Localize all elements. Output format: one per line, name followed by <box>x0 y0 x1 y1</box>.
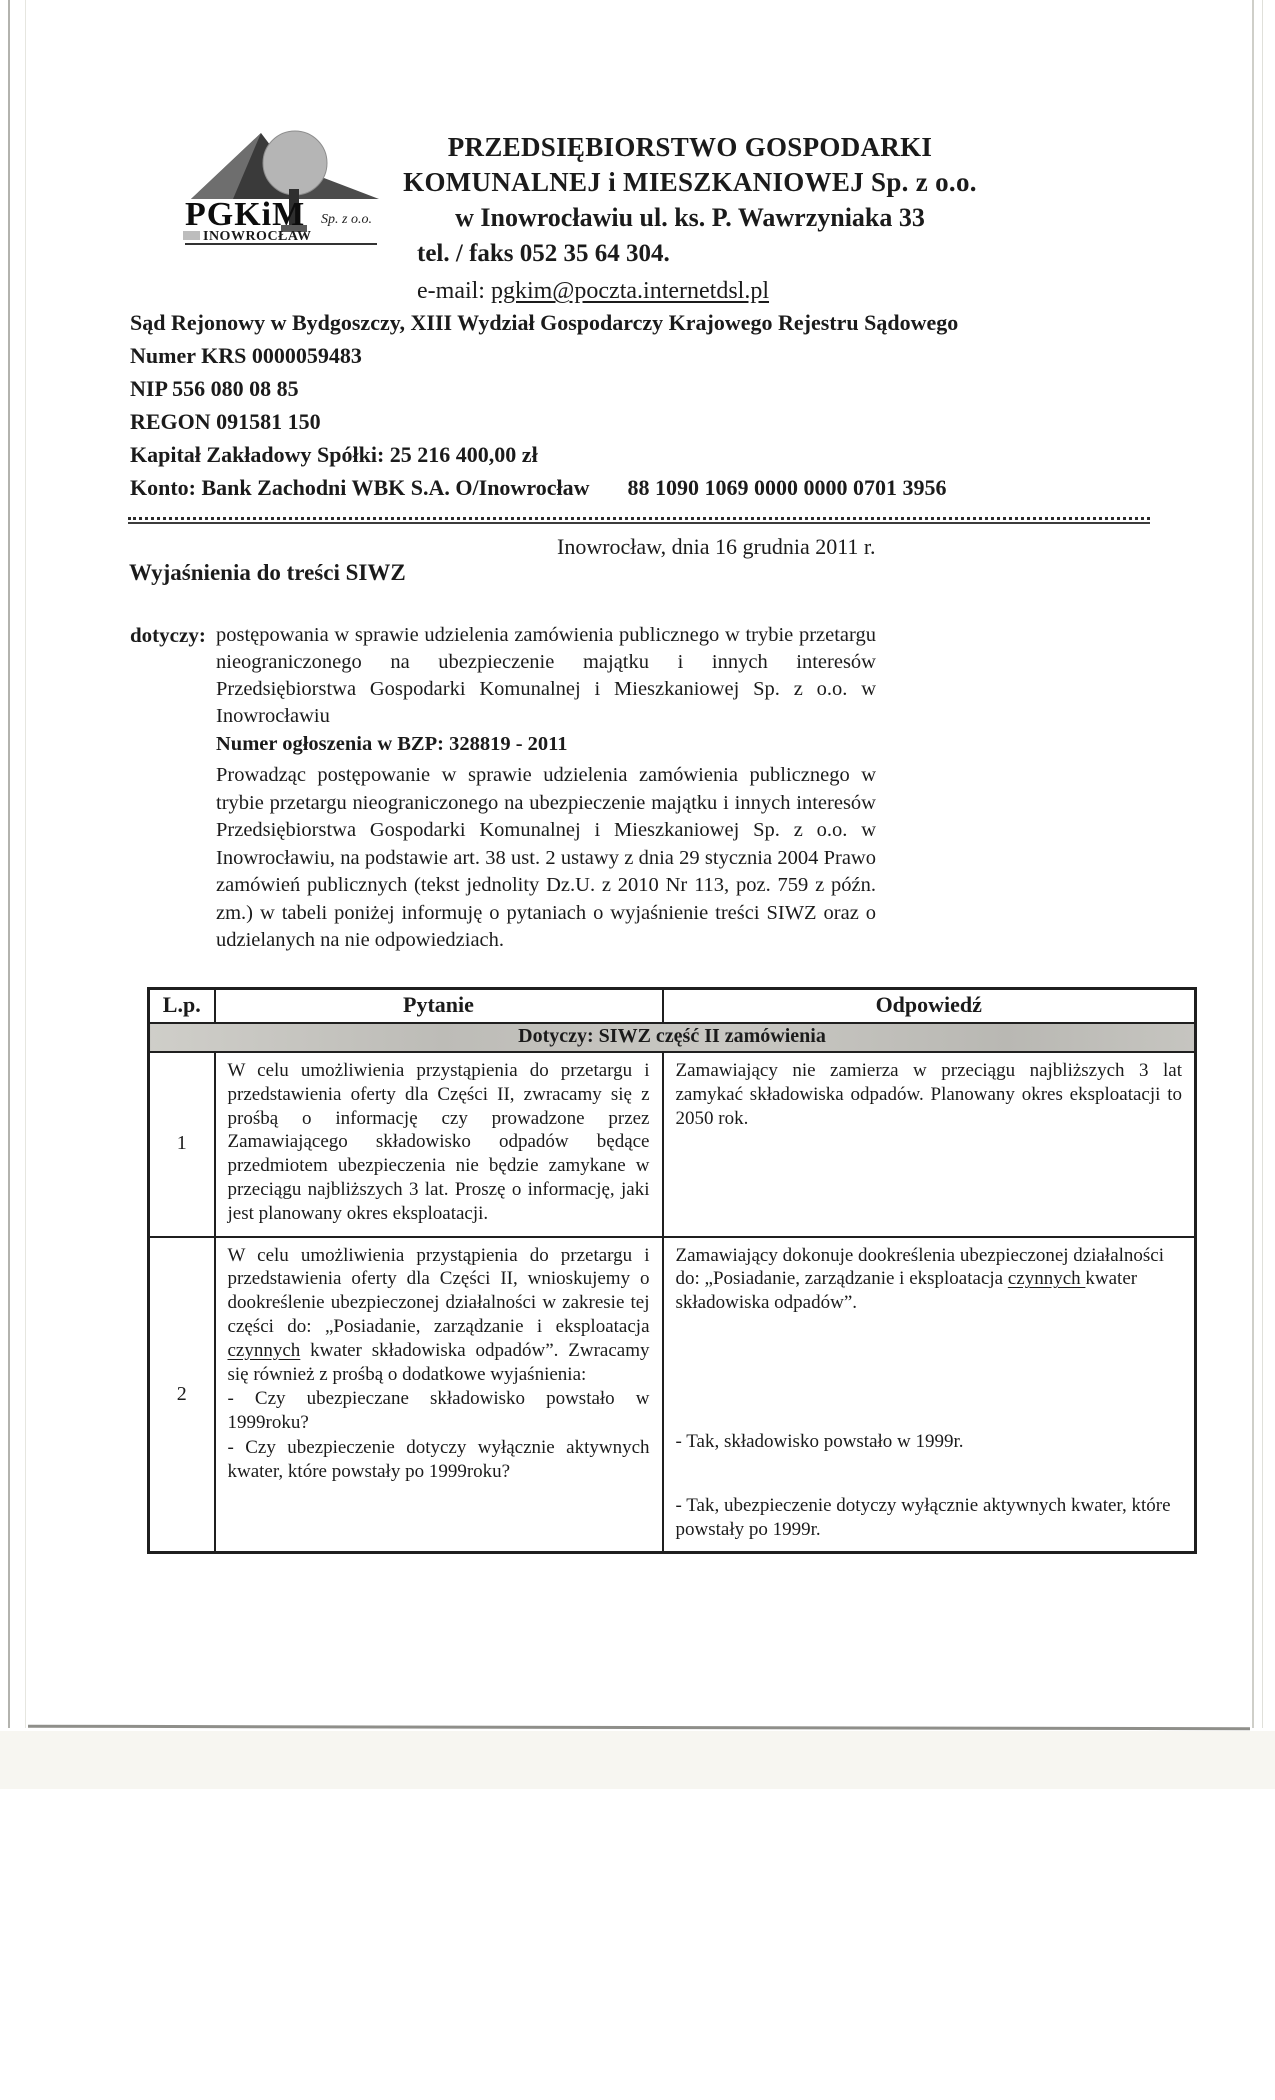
row2-question-items: - Czy ubezpieczane składowisko powstało … <box>228 1387 650 1483</box>
company-name-line-1: PRZEDSIĘBIORSTWO GOSPODARKI <box>355 130 1025 165</box>
logo-underline <box>185 243 377 245</box>
company-phone-line: tel. / faks 052 35 64 304. <box>355 236 1025 272</box>
qa-table: L.p. Pytanie Odpowiedź Dotyczy: SIWZ czę… <box>147 987 1197 1554</box>
logo-city: INOWROCŁAW <box>203 229 311 244</box>
logo-smudge <box>183 231 200 240</box>
letterhead: PRZEDSIĘBIORSTWO GOSPODARKI KOMUNALNEJ i… <box>355 130 1025 310</box>
row2-question-underlined-word: czynnych <box>228 1340 301 1361</box>
date-line: Inowrocław, dnia 16 grudnia 2011 r. <box>557 534 876 560</box>
scan-edge-right-faint <box>1262 0 1263 1728</box>
scan-edge-right <box>1252 0 1254 1728</box>
scan-edge-left <box>8 0 10 1728</box>
account-label: Konto: Bank Zachodni WBK S.A. O/Inowrocł… <box>130 475 589 500</box>
subject-block: dotyczy: postępowania w sprawie udzielen… <box>130 622 900 758</box>
dotted-separator <box>128 517 1150 524</box>
company-name-line-2: KOMUNALNEJ i MIESZKANIOWEJ Sp. z o.o. <box>355 165 1025 200</box>
row2-answer-item-1: - Tak, składowisko powstało w 1999r. <box>676 1430 1183 1454</box>
row1-answer: Zamawiający nie zamierza w przeciągu naj… <box>663 1052 1196 1237</box>
email-address: pgkim@poczta.internetdsl.pl <box>491 278 769 304</box>
row2-question: W celu umożliwienia przystąpienia do prz… <box>215 1237 663 1553</box>
email-label: e-mail: <box>417 278 491 304</box>
intro-paragraph: Prowadząc postępowanie w sprawie udziele… <box>216 762 876 955</box>
company-registry-block: Sąd Rejonowy w Bydgoszczy, XIII Wydział … <box>130 306 1145 504</box>
qa-table-wrapper: L.p. Pytanie Odpowiedź Dotyczy: SIWZ czę… <box>147 987 1197 1554</box>
row2-question-before: W celu umożliwienia przystąpienia do prz… <box>228 1245 650 1337</box>
subject-text: postępowania w sprawie udzielenia zamówi… <box>216 622 876 730</box>
scanned-document-page: PGKiM Sp. z o.o. INOWROCŁAW PRZEDSIĘBIOR… <box>0 0 1275 2100</box>
logo-acronym: PGKiM <box>185 196 305 233</box>
subject-notice-number: Numer ogłoszenia w BZP: 328819 - 2011 <box>216 731 876 758</box>
scan-edge-left-faint <box>25 0 26 1728</box>
account-number: 88 1090 1069 0000 0000 0701 3956 <box>627 475 946 500</box>
header-answer: Odpowiedź <box>663 989 1196 1024</box>
row2-answer-item-2: - Tak, ubezpieczenie dotyczy wyłącznie a… <box>676 1494 1183 1542</box>
subject-body: postępowania w sprawie udzielenia zamówi… <box>216 622 876 758</box>
header-lp: L.p. <box>149 989 215 1024</box>
row2-answer-underlined-word: czynnych <box>1008 1268 1086 1289</box>
header-question: Pytanie <box>215 989 663 1024</box>
row2-question-item-2: - Czy ubezpieczenie dotyczy wyłącznie ak… <box>228 1436 650 1484</box>
pgkim-logo-graphic: PGKiM Sp. z o.o. INOWROCŁAW <box>183 126 383 246</box>
registry-court-line: Sąd Rejonowy w Bydgoszczy, XIII Wydział … <box>130 306 1145 339</box>
row2-number: 2 <box>149 1237 215 1553</box>
row2-question-item-1: - Czy ubezpieczane składowisko powstało … <box>228 1387 650 1435</box>
registry-capital-line: Kapitał Zakładowy Spółki: 25 216 400,00 … <box>130 438 1145 471</box>
scan-bottom-band <box>0 1731 1275 1789</box>
registry-krs-line: Numer KRS 0000059483 <box>130 339 1145 372</box>
row2-answer: Zamawiający dokonuje dookreślenia ubezpi… <box>663 1237 1196 1553</box>
company-address-line: w Inowrocławiu ul. ks. P. Wawrzyniaka 33 <box>355 200 1025 236</box>
logo-tree-canopy-icon <box>263 131 327 195</box>
qa-row-1: 1 W celu umożliwienia przystąpienia do p… <box>149 1052 1196 1237</box>
company-email-line: e-mail: pgkim@poczta.internetdsl.pl <box>355 272 1025 310</box>
row1-number: 1 <box>149 1052 215 1237</box>
qa-row-2: 2 W celu umożliwienia przystąpienia do p… <box>149 1237 1196 1553</box>
qa-table-header-row: L.p. Pytanie Odpowiedź <box>149 989 1196 1024</box>
document-title: Wyjaśnienia do treści SIWZ <box>129 560 406 586</box>
subject-label: dotyczy: <box>130 622 216 758</box>
scan-page-bottom-edge <box>28 1725 1250 1731</box>
registry-nip-line: NIP 556 080 08 85 <box>130 372 1145 405</box>
row2-question-text: W celu umożliwienia przystąpienia do prz… <box>228 1244 650 1387</box>
row1-question: W celu umożliwienia przystąpienia do prz… <box>215 1052 663 1237</box>
registry-account-line: Konto: Bank Zachodni WBK S.A. O/Inowrocł… <box>130 471 1145 504</box>
qa-section-header: Dotyczy: SIWZ część II zamówienia <box>149 1023 1196 1052</box>
qa-section-row: Dotyczy: SIWZ część II zamówienia <box>149 1023 1196 1052</box>
registry-regon-line: REGON 091581 150 <box>130 405 1145 438</box>
company-logo: PGKiM Sp. z o.o. INOWROCŁAW <box>183 126 383 246</box>
row2-answer-text: Zamawiający dokonuje dookreślenia ubezpi… <box>676 1244 1183 1315</box>
